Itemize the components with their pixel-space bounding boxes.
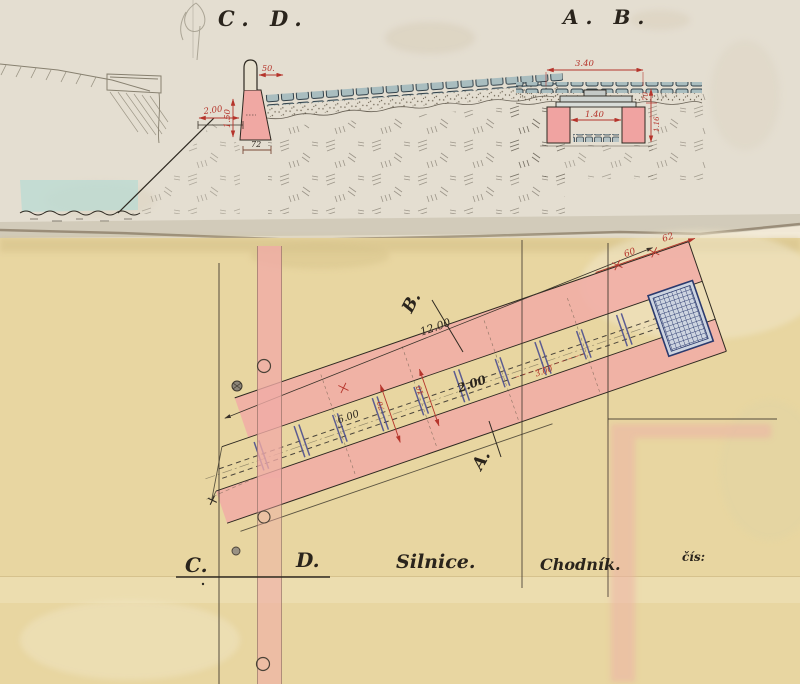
upper-sheet: C. D. — [0, 0, 800, 240]
ab-dim-span: 3.40 — [575, 59, 595, 69]
lower-sheet: 12.00 6.00 2.00 3.00 70 40 60 62 — [0, 225, 800, 684]
water-wash — [20, 180, 138, 212]
culvert-cap — [584, 90, 606, 96]
wall-cap-post — [244, 60, 257, 90]
fold-crease — [0, 577, 800, 604]
hatched-marker — [232, 381, 242, 391]
ab-dim-cover: 70 — [642, 92, 650, 101]
blueprint-scan: C. D. — [0, 0, 800, 684]
cd-dim-height: 1.50 — [223, 108, 233, 128]
pier-right — [622, 107, 645, 143]
point-d-label: D. — [295, 548, 320, 572]
cd-dim-cap-width: 50. — [262, 64, 275, 73]
sidewalk-label: Chodník. — [540, 555, 621, 574]
small-dot-marker — [232, 547, 240, 555]
road-label: Silnice. — [396, 551, 475, 573]
ab-dim-clear: 1.40 — [585, 110, 605, 120]
channel-floor — [573, 134, 619, 142]
point-c-label: C. — [185, 553, 208, 577]
section-ab-title: A. B. — [561, 5, 651, 29]
section-cd-title: C. D. — [218, 6, 309, 31]
ab-dim-depth: 1.16 — [653, 116, 661, 132]
culvert-slab-lower — [556, 102, 636, 107]
pier-left — [547, 107, 570, 143]
ab-ground-hatch — [503, 100, 546, 178]
number-label: čís: — [682, 550, 705, 564]
ab-paving-stones — [516, 82, 702, 93]
culvert-slab-upper — [560, 96, 632, 102]
cd-dim-base: 72 — [251, 140, 261, 149]
scanned-plan-page: C. D. — [0, 0, 800, 684]
